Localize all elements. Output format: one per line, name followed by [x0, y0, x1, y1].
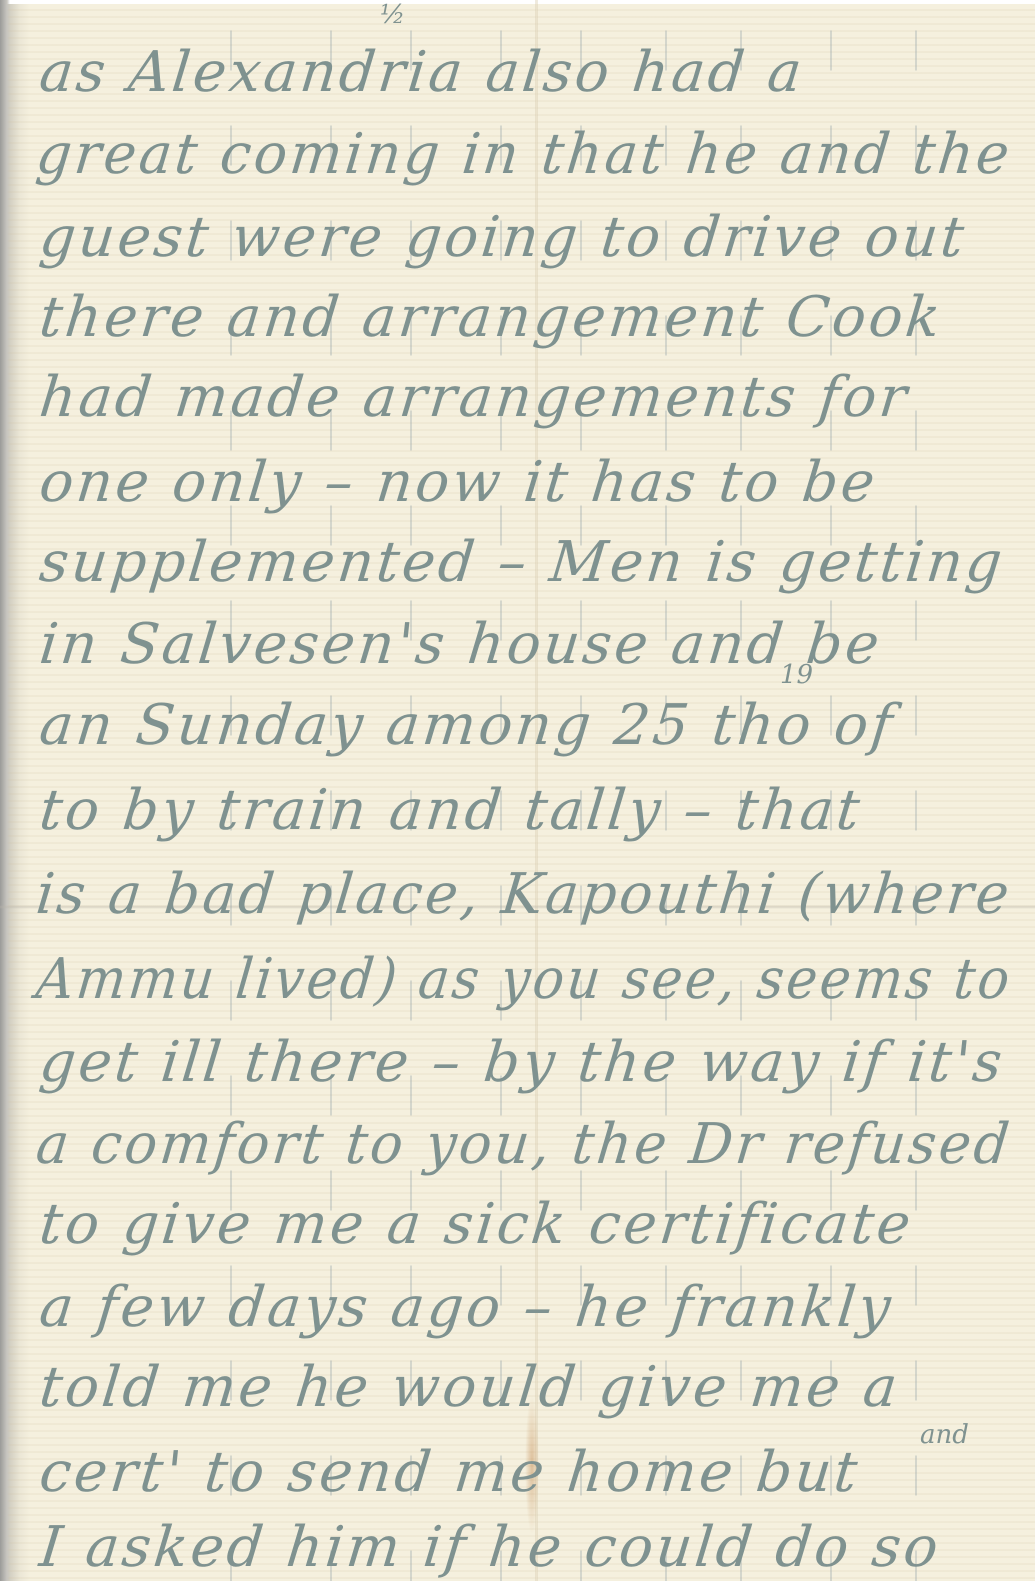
text-line: an Sunday among 25 tho of [37, 693, 899, 758]
text-line: great coming in that he and the [33, 122, 1015, 187]
text-line: a comfort to you, the Dr refused [33, 1112, 1015, 1177]
text-line: cert' to send me home but [37, 1440, 864, 1505]
text-line: Ammu lived) as you see, seems to [33, 947, 1015, 1012]
text-line: in Salvesen's house and be [37, 612, 886, 677]
text-line: to give me a sick certificate [37, 1192, 917, 1257]
text-line: supplemented – Men is getting [37, 530, 1008, 595]
text-line: is a bad place, Kapouthi (where [33, 862, 1015, 927]
text-line: one only – now it has to be [37, 450, 881, 515]
text-line: to by train and tally – that [37, 778, 866, 843]
margin-mark: ½ [380, 0, 405, 30]
text-line: as Alexandria also had a [37, 40, 808, 105]
margin-mark: 19 [780, 660, 813, 690]
text-line: get ill there – by the way if it's [37, 1030, 1008, 1095]
text-line: I asked him if he could do so [37, 1515, 944, 1580]
inserted-word: and [920, 1420, 969, 1450]
text-line: a few days ago – he frankly [37, 1275, 897, 1340]
text-line: there and arrangement Cook [37, 285, 947, 350]
text-line: told me he would give me a [37, 1355, 904, 1420]
text-line: had made arrangements for [37, 365, 913, 430]
text-line: guest were going to drive out [37, 205, 970, 270]
scan-edge-shadow [0, 0, 10, 1581]
